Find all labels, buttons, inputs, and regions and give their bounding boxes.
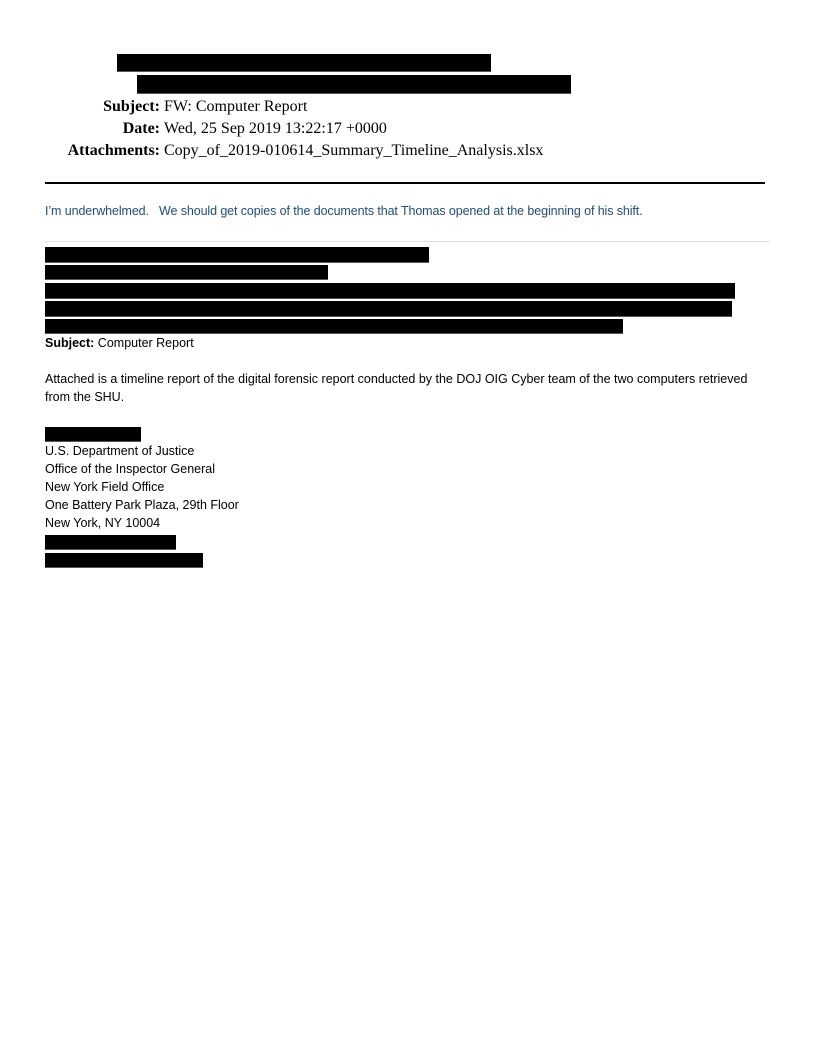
header-subject: Subject: FW: Computer Report bbox=[0, 98, 816, 116]
attachment-link[interactable]: Copy_of_2019-010614_Summary_Timeline_Ana… bbox=[164, 142, 543, 160]
signature-block: U.S. Department of Justice Office of the… bbox=[45, 442, 239, 532]
redacted-phone bbox=[45, 535, 176, 549]
subject-label: Subject: bbox=[103, 98, 160, 116]
signature-line: One Battery Park Plaza, 29th Floor bbox=[45, 496, 239, 514]
signature-line: New York Field Office bbox=[45, 478, 239, 496]
header-divider bbox=[45, 182, 765, 184]
fwd-subject: Subject: Computer Report bbox=[45, 334, 194, 352]
redacted-fwd-from bbox=[45, 247, 429, 262]
signature-line: U.S. Department of Justice bbox=[45, 442, 239, 460]
redacted-fwd-cc bbox=[45, 301, 732, 316]
fwd-body: Attached is a timeline report of the dig… bbox=[45, 370, 760, 406]
header-date: Date: Wed, 25 Sep 2019 13:22:17 +0000 bbox=[0, 120, 816, 138]
redacted-fwd-cc-cont bbox=[45, 319, 623, 333]
redacted-fwd-sent bbox=[45, 265, 328, 279]
reply-message: I’m underwhelmed. We should get copies o… bbox=[45, 204, 643, 218]
subject-value: FW: Computer Report bbox=[164, 98, 307, 116]
signature-line: New York, NY 10004 bbox=[45, 514, 239, 532]
redacted-sender-name bbox=[45, 427, 141, 441]
attachments-label: Attachments: bbox=[68, 142, 160, 160]
header-attachments: Attachments: Copy_of_2019-010614_Summary… bbox=[0, 142, 816, 160]
redacted-fwd-to bbox=[45, 283, 735, 298]
reply-divider bbox=[45, 241, 770, 242]
fwd-subject-value: Computer Report bbox=[98, 336, 194, 350]
redacted-email bbox=[45, 553, 203, 567]
date-label: Date: bbox=[123, 120, 160, 138]
fwd-subject-label: Subject: bbox=[45, 336, 94, 350]
redacted-to bbox=[137, 75, 571, 93]
date-value: Wed, 25 Sep 2019 13:22:17 +0000 bbox=[164, 120, 387, 138]
signature-line: Office of the Inspector General bbox=[45, 460, 239, 478]
redacted-from bbox=[117, 54, 491, 71]
